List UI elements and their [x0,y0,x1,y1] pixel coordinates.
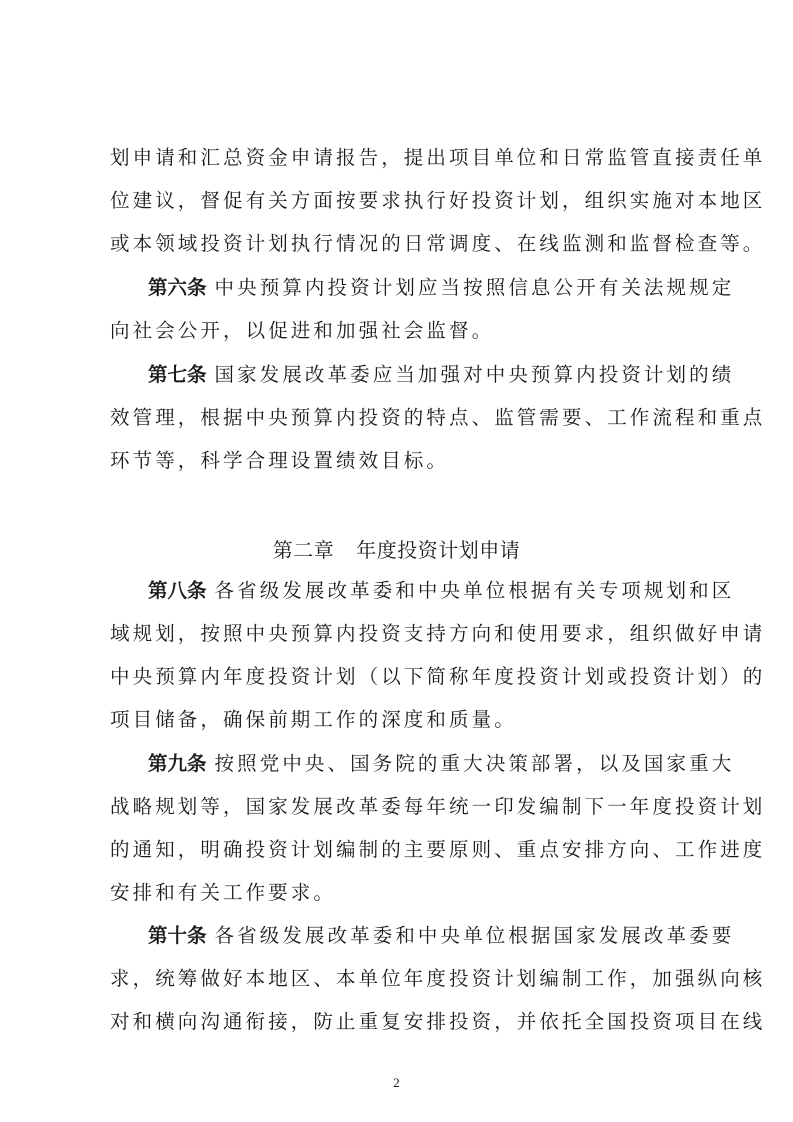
article-text: 各省级发展改革委和中央单位根据有关专项规划和区 [215,579,735,602]
body-line: 位建议，督促有关方面按要求执行好投资计划，组织实施对本地区 [110,189,686,213]
chapter-title: 年度投资计划申请 [356,538,520,562]
body-line: 对和横向沟通衔接，防止重复安排投资，并依托全国投资项目在线 [110,1010,686,1034]
body-line: 或本领域投资计划执行情况的日常调度、在线监测和监督检查等。 [110,232,686,256]
body-line: 环节等，科学合理设置绩效目标。 [110,449,686,473]
body-line: 安排和有关工作要求。 [110,881,686,905]
article-label: 第七条 [148,363,207,386]
document-page: 划申请和汇总资金申请报告，提出项目单位和日常监管直接责任单 位建议，督促有关方面… [0,0,793,1122]
body-line: 战略规划等，国家发展改革委每年统一印发编制下一年度投资计划 [110,795,686,819]
page-number: 2 [0,1075,793,1091]
article-9: 第九条按照党中央、国务院的重大决策部署，以及国家重大 [148,752,686,776]
body-line: 向社会公开，以促进和加强社会监督。 [110,319,686,343]
article-label: 第九条 [148,752,207,775]
article-text: 中央预算内投资计划应当按照信息公开有关法规规定 [215,276,735,299]
chapter-heading: 第二章年度投资计划申请 [0,538,793,562]
article-label: 第八条 [148,579,207,602]
body-line: 中央预算内年度投资计划（以下简称年度投资计划或投资计划）的 [110,665,686,689]
article-label: 第六条 [148,276,207,299]
body-line: 项目储备，确保前期工作的深度和质量。 [110,708,686,732]
article-text: 国家发展改革委应当加强对中央预算内投资计划的绩 [215,363,735,386]
article-8: 第八条各省级发展改革委和中央单位根据有关专项规划和区 [148,579,686,603]
body-line: 划申请和汇总资金申请报告，提出项目单位和日常监管直接责任单 [110,146,686,170]
article-label: 第十条 [148,924,207,947]
body-line: 的通知，明确投资计划编制的主要原则、重点安排方向、工作进度 [110,838,686,862]
article-10: 第十条各省级发展改革委和中央单位根据国家发展改革委要 [148,924,686,948]
article-6: 第六条中央预算内投资计划应当按照信息公开有关法规规定 [148,276,686,300]
article-7: 第七条国家发展改革委应当加强对中央预算内投资计划的绩 [148,363,686,387]
chapter-number: 第二章 [273,538,335,562]
body-line: 求，统筹做好本地区、本单位年度投资计划编制工作，加强纵向核 [110,967,686,991]
body-line: 域规划，按照中央预算内投资支持方向和使用要求，组织做好申请 [110,622,686,646]
article-text: 各省级发展改革委和中央单位根据国家发展改革委要 [215,924,735,947]
body-line: 效管理，根据中央预算内投资的特点、监管需要、工作流程和重点 [110,406,686,430]
article-text: 按照党中央、国务院的重大决策部署，以及国家重大 [215,752,735,775]
